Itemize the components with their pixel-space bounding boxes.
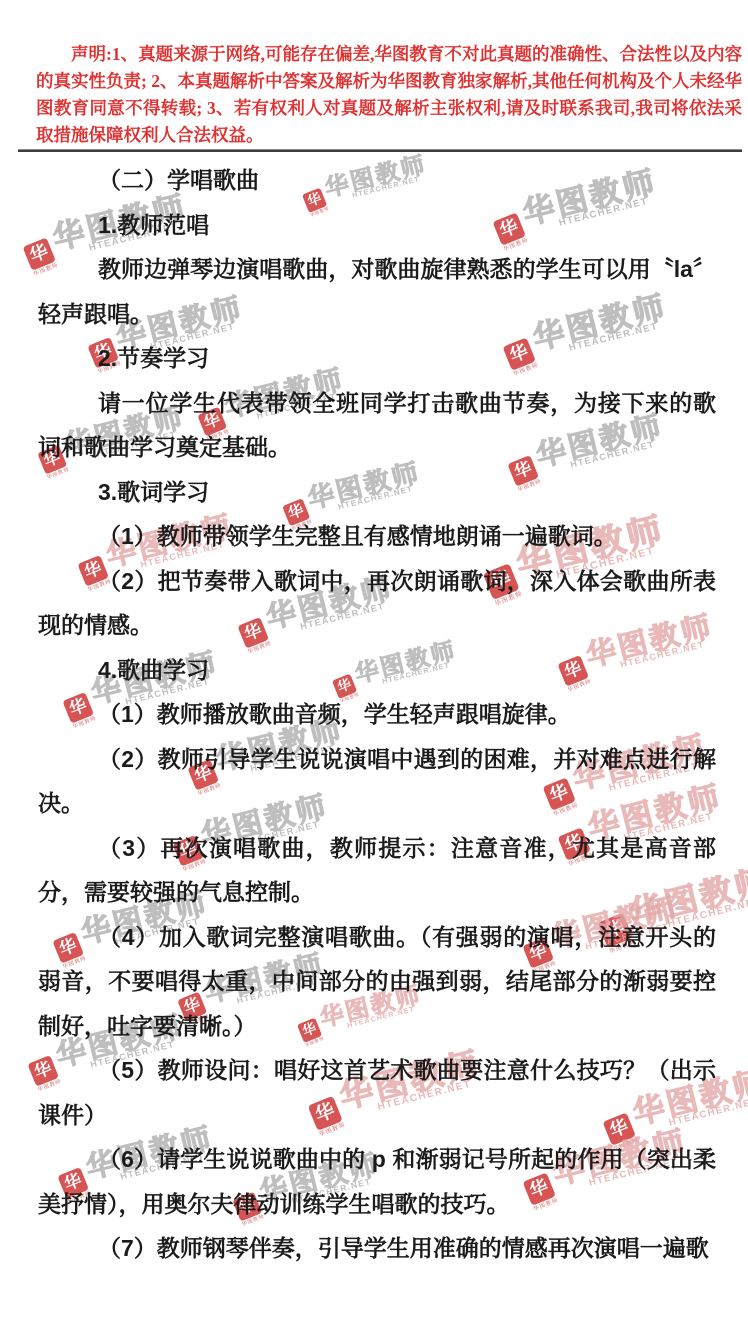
lesson-content: （二）学唱歌曲1.教师范唱教师边弹琴边演唱歌曲，对歌曲旋律熟悉的学生可以用〝la… — [38, 158, 716, 1271]
disclaimer-notice: 声明:1、真题来源于网络,可能存在偏差,华图教育不对此真题的准确性、合法性以及内… — [36, 41, 742, 149]
paragraph: （2）教师引导学生说说演唱中遇到的困难，并对难点进行解决。 — [38, 737, 716, 826]
paragraph: 2.节奏学习 — [38, 336, 716, 381]
document-page: 华 华图教师 华图教师 HTEACHER.NET 华 华图教师 华图教师 HTE… — [0, 0, 748, 1335]
disclaimer-text: 1、真题来源于网络,可能存在偏差,华图教育不对此真题的准确性、合法性以及内容的真… — [36, 44, 742, 145]
paragraph: （1）教师播放歌曲音频，学生轻声跟唱旋律。 — [38, 692, 716, 737]
disclaimer-label: 声明: — [71, 44, 112, 64]
paragraph: （1）教师带领学生完整且有感情地朗诵一遍歌词。 — [38, 514, 716, 559]
paragraph: （2）把节奏带入歌词中，再次朗诵歌词，深入体会歌曲所表现的情感。 — [38, 559, 716, 648]
paragraph: （7）教师钢琴伴奏，引导学生用准确的情感再次演唱一遍歌 — [38, 1226, 716, 1271]
paragraph: （6）请学生说说歌曲中的 p 和渐弱记号所起的作用（突出柔美抒情），用奥尔夫律动… — [38, 1137, 716, 1226]
paragraph: 4.歌曲学习 — [38, 648, 716, 693]
paragraph: （5）教师设问：唱好这首艺术歌曲要注意什么技巧？（出示课件） — [38, 1048, 716, 1137]
paragraph: （二）学唱歌曲 — [38, 158, 716, 203]
paragraph: 教师边弹琴边演唱歌曲，对歌曲旋律熟悉的学生可以用〝la〞轻声跟唱。 — [38, 247, 716, 336]
paragraph: 请一位学生代表带领全班同学打击歌曲节奏，为接下来的歌词和歌曲学习奠定基础。 — [38, 381, 716, 470]
paragraph: （4）加入歌词完整演唱歌曲。（有强弱的演唱，注意开头的弱音，不要唱得太重，中间部… — [38, 915, 716, 1049]
paragraph: 3.歌词学习 — [38, 470, 716, 515]
paragraph: （3）再次演唱歌曲，教师提示：注意音准，尤其是高音部分，需要较强的气息控制。 — [38, 826, 716, 915]
paragraph: 1.教师范唱 — [38, 203, 716, 248]
separator-line — [18, 149, 742, 152]
